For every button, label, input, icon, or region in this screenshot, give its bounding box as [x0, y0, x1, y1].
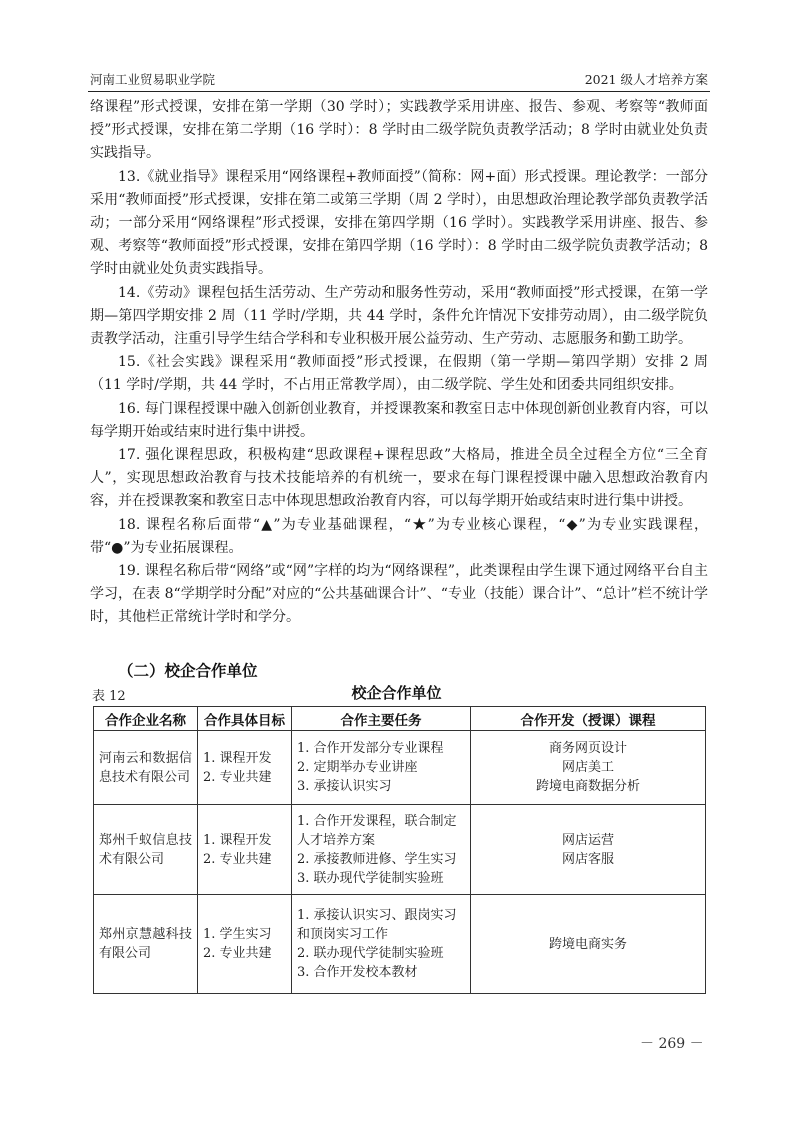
column-header-goals: 合作具体目标: [198, 707, 292, 731]
goals-cell: 1. 课程开发 2. 专业共建: [198, 805, 292, 895]
section-heading: （二）校企合作单位: [118, 659, 258, 681]
goal-item: 1. 课程开发: [203, 749, 286, 768]
table-row: 河南云和数据信息技术有限公司 1. 课程开发 2. 专业共建 1. 合作开发部分…: [94, 731, 706, 805]
goal-item: 2. 专业共建: [203, 850, 286, 869]
tasks-cell: 1. 合作开发部分专业课程 2. 定期举办专业讲座 3. 承接认识实习: [292, 731, 471, 805]
tasks-cell: 1. 承接认识实习、跟岗实习和顶岗实习工作 2. 联办现代学徒制实验班 3. 合…: [292, 895, 471, 994]
header-divider: [88, 91, 710, 92]
page-header: 河南工业贸易职业学院 2021 级人才培养方案: [90, 66, 708, 90]
course-item: 商务网页设计: [476, 739, 700, 758]
table-row: 郑州千蚁信息技术有限公司 1. 课程开发 2. 专业共建 1. 合作开发课程，联…: [94, 805, 706, 895]
goal-item: 2. 专业共建: [203, 944, 286, 963]
paragraph-17: 17. 强化课程思政，积极构建“思政课程+课程思政”大格局，推进全员全过程全方位…: [90, 444, 708, 514]
task-item: 1. 承接认识实习、跟岗实习和顶岗实习工作: [297, 906, 465, 944]
column-header-courses: 合作开发（授课）课程: [471, 707, 706, 731]
goal-item: 1. 课程开发: [203, 831, 286, 850]
column-header-tasks: 合作主要任务: [292, 707, 471, 731]
goal-item: 1. 学生实习: [203, 925, 286, 944]
paragraph-14: 14.《劳动》课程包括生活劳动、生产劳动和服务性劳动，采用“教师面授”形式授课，…: [90, 282, 708, 352]
course-item: 网店客服: [476, 850, 700, 869]
table-row: 郑州京慧越科技有限公司 1. 学生实习 2. 专业共建 1. 承接认识实习、跟岗…: [94, 895, 706, 994]
courses-cell: 跨境电商实务: [471, 895, 706, 994]
courses-cell: 商务网页设计 网店美工 跨境电商数据分析: [471, 731, 706, 805]
goals-cell: 1. 学生实习 2. 专业共建: [198, 895, 292, 994]
tasks-cell: 1. 合作开发课程，联合制定人才培养方案 2. 承接教师进修、学生实习 3. 联…: [292, 805, 471, 895]
paragraph-continuation: 络课程”形式授课，安排在第一学期（30 学时）；实践教学采用讲座、报告、参观、考…: [90, 96, 708, 166]
course-item: 网店运营: [476, 831, 700, 850]
company-name-cell: 河南云和数据信息技术有限公司: [94, 731, 198, 805]
goals-cell: 1. 课程开发 2. 专业共建: [198, 731, 292, 805]
goal-item: 2. 专业共建: [203, 768, 286, 787]
paragraph-13: 13.《就业指导》课程采用“网络课程+教师面授”（简称：网+面）形式授课。理论教…: [90, 166, 708, 282]
table-caption: 校企合作单位: [0, 682, 793, 703]
column-header-company: 合作企业名称: [94, 707, 198, 731]
course-item: 网店美工: [476, 758, 700, 777]
cooperation-table: 合作企业名称 合作具体目标 合作主要任务 合作开发（授课）课程 河南云和数据信息…: [93, 706, 706, 994]
paragraph-16: 16. 每门课程授课中融入创新创业教育，并授课教案和教室日志中体现创新创业教育内…: [90, 398, 708, 444]
body-text: 络课程”形式授课，安排在第一学期（30 学时）；实践教学采用讲座、报告、参观、考…: [90, 96, 708, 630]
task-item: 1. 合作开发课程，联合制定人才培养方案: [297, 812, 465, 850]
company-name-cell: 郑州千蚁信息技术有限公司: [94, 805, 198, 895]
company-name-cell: 郑州京慧越科技有限公司: [94, 895, 198, 994]
paragraph-19: 19. 课程名称后带“网络”或“网”字样的均为“网络课程”，此类课程由学生课下通…: [90, 560, 708, 630]
paragraph-18: 18. 课程名称后面带“▲”为专业基础课程，“★”为专业核心课程，“◆”为专业实…: [90, 514, 708, 560]
task-item: 3. 联办现代学徒制实验班: [297, 869, 465, 888]
header-document-title: 2021 级人才培养方案: [585, 70, 708, 88]
task-item: 1. 合作开发部分专业课程: [297, 739, 465, 758]
courses-cell: 网店运营 网店客服: [471, 805, 706, 895]
course-item: 跨境电商数据分析: [476, 777, 700, 796]
course-item: 跨境电商实务: [476, 935, 700, 954]
task-item: 3. 合作开发校本教材: [297, 963, 465, 982]
task-item: 2. 承接教师进修、学生实习: [297, 850, 465, 869]
header-institution: 河南工业贸易职业学院: [90, 70, 215, 88]
paragraph-15: 15.《社会实践》课程采用“教师面授”形式授课，在假期（第一学期—第四学期）安排…: [90, 351, 708, 397]
page-number: － 269 －: [640, 1033, 704, 1053]
table-header-row: 合作企业名称 合作具体目标 合作主要任务 合作开发（授课）课程: [94, 707, 706, 731]
task-item: 3. 承接认识实习: [297, 777, 465, 796]
task-item: 2. 定期举办专业讲座: [297, 758, 465, 777]
task-item: 2. 联办现代学徒制实验班: [297, 944, 465, 963]
